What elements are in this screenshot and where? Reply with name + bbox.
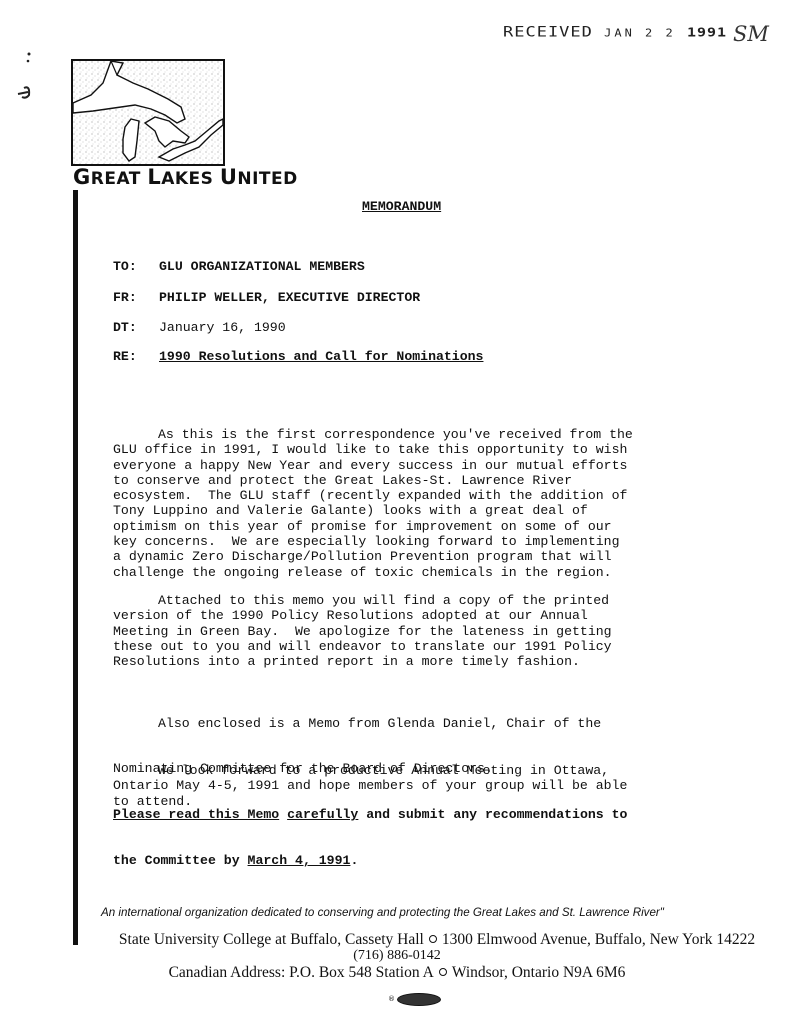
date-value: January 16, 1990 (159, 320, 286, 335)
phone-number: (716) 886-0142 (0, 948, 794, 964)
emphasis-read-memo: Please read this Memo (113, 807, 279, 822)
bullet-icon (439, 968, 447, 976)
text-line: ecosystem. The GLU staff (recently expan… (113, 488, 733, 503)
us-address: State University College at Buffalo, Cas… (40, 931, 794, 949)
received-stamp: RECEIVED JAN 2 2 1991 (503, 24, 727, 41)
union-label-icon (397, 993, 441, 1006)
from-label: FR: (113, 290, 159, 305)
text-line: optimism on this year of promise for imp… (113, 519, 733, 534)
text-line: Meeting in Green Bay. We apologize for t… (113, 624, 733, 639)
text-line: Resolutions into a printed report in a m… (113, 654, 733, 669)
text-line: Attached to this memo you will find a co… (113, 593, 733, 608)
handwritten-initials: SM (733, 22, 769, 46)
paragraph-4: We look forward to a productive Annual M… (113, 763, 733, 809)
paragraph-2: Attached to this memo you will find a co… (113, 593, 733, 669)
text-line: Tony Luppino and Valerie Galante) looks … (113, 503, 733, 518)
memo-title: MEMORANDUM (362, 199, 441, 214)
memo-to-field: TO:GLU ORGANIZATIONAL MEMBERS (113, 259, 365, 274)
received-date: JAN 2 2 (604, 27, 676, 39)
subject-label: RE: (113, 349, 159, 364)
text-line: Ontario May 4-5, 1991 and hope members o… (113, 778, 733, 793)
text-line: We look forward to a productive Annual M… (113, 763, 733, 778)
memo-date-field: DT:January 16, 1990 (113, 320, 286, 335)
text-line: to conserve and protect the Great Lakes-… (113, 473, 733, 488)
text-line: these out to you and will endeavor to tr… (113, 639, 733, 654)
memo-subject-field: RE:1990 Resolutions and Call for Nominat… (113, 349, 483, 364)
paragraph-1: As this is the first correspondence you'… (113, 427, 733, 580)
emphasis-carefully: carefully (287, 807, 358, 822)
received-label: RECEIVED (503, 24, 593, 41)
received-year: 1991 (687, 24, 727, 39)
date-label: DT: (113, 320, 159, 335)
org-logo-name: GREAT LAKES UNITED (73, 165, 298, 189)
text-line: As this is the first correspondence you'… (113, 427, 733, 442)
canadian-address: Canadian Address: P.O. Box 548 Station A… (0, 964, 794, 982)
letterhead-vertical-rule (73, 190, 78, 945)
bullet-icon (429, 935, 437, 943)
subject-value: 1990 Resolutions and Call for Nomination… (159, 349, 483, 364)
text-line: version of the 1990 Policy Resolutions a… (113, 608, 733, 623)
text-line: challenge the ongoing release of toxic c… (113, 565, 733, 580)
text-line: to attend. (113, 794, 733, 809)
great-lakes-map-logo (71, 59, 225, 166)
scan-margin-marks (14, 52, 44, 112)
text-line: key concerns. We are especially looking … (113, 534, 733, 549)
nomination-deadline: March 4, 1991 (248, 853, 351, 868)
text-line: a dynamic Zero Discharge/Pollution Preve… (113, 549, 733, 564)
memo-from-field: FR:PHILIP WELLER, EXECUTIVE DIRECTOR (113, 290, 420, 305)
text-line: everyone a happy New Year and every succ… (113, 458, 733, 473)
great-lakes-map-icon (73, 61, 223, 164)
org-tagline: An international organization dedicated … (101, 906, 664, 919)
to-label: TO: (113, 259, 159, 274)
text-line: GLU office in 1991, I would like to take… (113, 442, 733, 457)
registered-mark: ® (388, 995, 395, 1003)
from-value: PHILIP WELLER, EXECUTIVE DIRECTOR (159, 290, 420, 305)
to-value: GLU ORGANIZATIONAL MEMBERS (159, 259, 365, 274)
